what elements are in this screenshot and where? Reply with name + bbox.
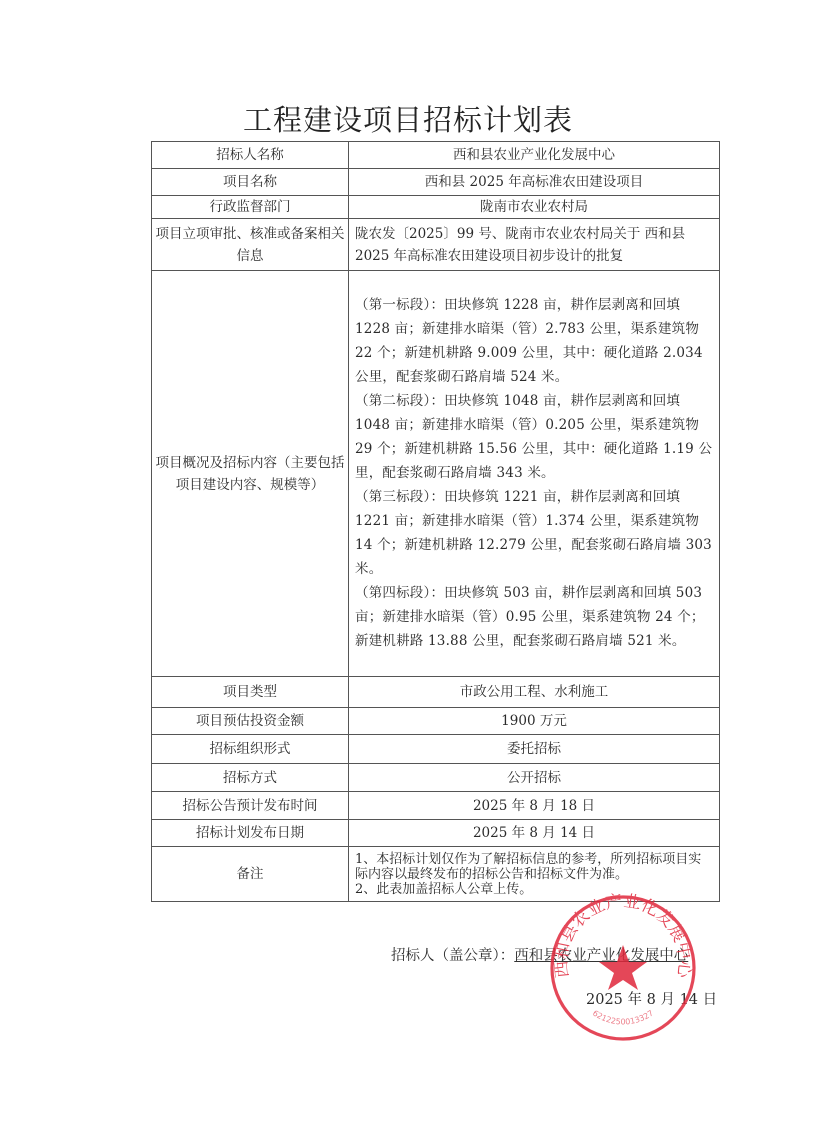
signature-line: 招标人（盖公章）：西和县农业产业化发展中心	[391, 944, 698, 965]
seal-code: 6212250013327	[591, 1009, 655, 1027]
row-label: 项目类型	[152, 677, 349, 708]
signature-organization: 西和县农业产业化发展中心	[514, 948, 698, 964]
row-label: 备注	[152, 847, 349, 902]
table-row: 招标组织形式 委托招标	[152, 735, 720, 764]
row-value: 陇南市农业农村局	[349, 196, 720, 219]
table-row: 招标人名称 西和县农业产业化发展中心	[152, 142, 720, 169]
row-label: 招标计划发布日期	[152, 820, 349, 847]
table-row: 招标方式 公开招标	[152, 764, 720, 792]
row-label: 招标方式	[152, 764, 349, 792]
lot-4-description: （第四标段）：田块修筑 503 亩，耕作层剥离和回填 503 亩；新建排水暗渠（…	[355, 581, 713, 653]
official-seal-icon: 西和县农业产业化发展中心 6212250013327	[548, 893, 698, 1043]
table-row: 项目概况及招标内容（主要包括项目建设内容、规模等） （第一标段）：田块修筑 12…	[152, 271, 720, 677]
row-value: 2025 年 8 月 14 日	[349, 820, 720, 847]
tender-plan-table: 招标人名称 西和县农业产业化发展中心 项目名称 西和县 2025 年高标准农田建…	[151, 141, 720, 902]
row-label: 招标组织形式	[152, 735, 349, 764]
table-row: 项目立项审批、核准或备案相关信息 陇农发〔2025〕99 号、陇南市农业农村局关…	[152, 219, 720, 271]
svg-text:西和县农业产业化发展中心: 西和县农业产业化发展中心	[552, 893, 695, 980]
table-row: 招标公告预计发布时间 2025 年 8 月 18 日	[152, 792, 720, 820]
seal-text: 西和县农业产业化发展中心	[552, 893, 695, 980]
row-label: 招标公告预计发布时间	[152, 792, 349, 820]
remark-1: 1、本招标计划仅作为了解招标信息的参考，所列招标项目实际内容以最终发布的招标公告…	[355, 852, 713, 882]
row-value: 陇农发〔2025〕99 号、陇南市农业农村局关于 西和县 2025 年高标准农田…	[349, 219, 720, 271]
table-row: 项目类型 市政公用工程、水利施工	[152, 677, 720, 708]
page-title: 工程建设项目招标计划表	[0, 98, 816, 139]
row-label: 项目名称	[152, 169, 349, 196]
signature-date: 2025 年 8 月 14 日	[586, 988, 717, 1009]
row-label: 行政监督部门	[152, 196, 349, 219]
table-row: 行政监督部门 陇南市农业农村局	[152, 196, 720, 219]
row-value: 1900 万元	[349, 708, 720, 735]
row-value: 市政公用工程、水利施工	[349, 677, 720, 708]
row-label: 招标人名称	[152, 142, 349, 169]
table-row: 备注 1、本招标计划仅作为了解招标信息的参考，所列招标项目实际内容以最终发布的招…	[152, 847, 720, 902]
row-value: 西和县 2025 年高标准农田建设项目	[349, 169, 720, 196]
row-value: 委托招标	[349, 735, 720, 764]
row-label: 项目概况及招标内容（主要包括项目建设内容、规模等）	[152, 271, 349, 677]
lot-3-description: （第三标段）：田块修筑 1221 亩，耕作层剥离和回填 1221 亩；新建排水暗…	[355, 485, 713, 581]
row-value: 公开招标	[349, 764, 720, 792]
svg-text:6212250013327: 6212250013327	[591, 1009, 655, 1027]
project-lots-cell: （第一标段）：田块修筑 1228 亩，耕作层剥离和回填 1228 亩；新建排水暗…	[349, 271, 720, 677]
row-value: 西和县农业产业化发展中心	[349, 142, 720, 169]
table-row: 招标计划发布日期 2025 年 8 月 14 日	[152, 820, 720, 847]
signature-label: 招标人（盖公章）：	[391, 948, 514, 964]
table-row: 项目预估投资金额 1900 万元	[152, 708, 720, 735]
row-label: 项目预估投资金额	[152, 708, 349, 735]
row-value: 2025 年 8 月 18 日	[349, 792, 720, 820]
remarks-cell: 1、本招标计划仅作为了解招标信息的参考，所列招标项目实际内容以最终发布的招标公告…	[349, 847, 720, 902]
remark-2: 2、此表加盖招标人公章上传。	[355, 882, 713, 897]
table-row: 项目名称 西和县 2025 年高标准农田建设项目	[152, 169, 720, 196]
lot-2-description: （第二标段）：田块修筑 1048 亩，耕作层剥离和回填 1048 亩；新建排水暗…	[355, 389, 713, 485]
lot-1-description: （第一标段）：田块修筑 1228 亩，耕作层剥离和回填 1228 亩；新建排水暗…	[355, 293, 713, 389]
row-label: 项目立项审批、核准或备案相关信息	[152, 219, 349, 271]
